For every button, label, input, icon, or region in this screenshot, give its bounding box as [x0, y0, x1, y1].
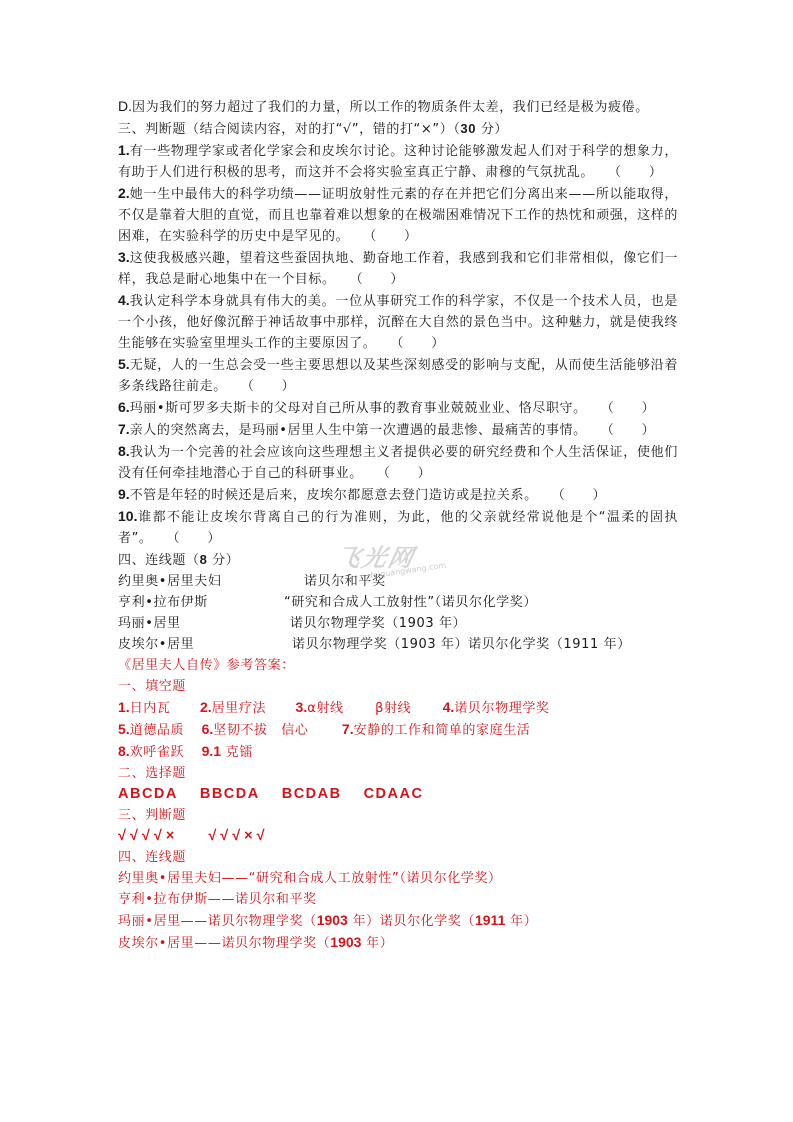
judgement-item-4: 4.我认定科学本身就具有伟大的美。一位从事研究工作的科学家，不仅是一个技术人员，…	[118, 290, 678, 354]
answer-blank[interactable]: （ ）	[167, 528, 221, 549]
answers-choice-title: 二、选择题	[118, 763, 678, 784]
judgement-item-5: 5.无疑，人的一生总会受一些主要思想以及某些深刻感受的影响与支配，从而使生活能够…	[118, 354, 678, 397]
answers-fill-line-3: 8.欢呼雀跃 9.1 克镭	[118, 741, 678, 763]
matching-left[interactable]: 约里奥•居里夫妇	[118, 571, 290, 592]
answer-blank[interactable]: （ ）	[350, 269, 404, 290]
answers-judgement-values: √√√√×√√√×√	[118, 826, 678, 847]
answers-matching-line-4: 皮埃尔•居里——诺贝尔物理学奖（1903 年）	[118, 932, 678, 954]
answer-blank[interactable]: （ ）	[608, 162, 662, 183]
matching-left[interactable]: 亨利•拉布伊斯	[118, 592, 290, 613]
matching-right[interactable]: 诺贝尔和平奖	[304, 571, 386, 592]
answers-matching-line-1: 约里奥•居里夫妇——“研究和合成人工放射性”（诺贝尔化学奖）	[118, 868, 678, 889]
answer-blank[interactable]: （ ）	[377, 463, 431, 484]
judgement-item-9: 9.不管是年轻的时候还是后来，皮埃尔都愿意去登门造访或是拉关系。（ ）	[118, 484, 678, 506]
option-d: D.因为我们的努力超过了我们的力量，所以工作的物质条件太差，我们已经是极为疲倦。	[118, 96, 678, 118]
answers-fill-line-2: 5.道德品质 6.坚韧不拔 信心 7.安静的工作和简单的家庭生活	[118, 719, 678, 741]
answer-blank[interactable]: （ ）	[601, 398, 655, 419]
judgement-item-8: 8.我认为一个完善的社会应该向这些理想主义者提供必要的研究经费和个人生活保证，使…	[118, 441, 678, 484]
matching-row-3: 玛丽•居里 诺贝尔物理学奖（1903 年）	[118, 613, 678, 634]
matching-right[interactable]: “研究和合成人工放射性”（诺贝尔化学奖）	[284, 592, 537, 613]
matching-row-4: 皮埃尔•居里 诺贝尔物理学奖（1903 年）诺贝尔化学奖（1911 年）	[118, 634, 678, 655]
answer-blank[interactable]: （ ）	[601, 420, 655, 441]
judgement-item-1: 1.有一些物理学家或者化学家会和皮埃尔讨论。这种讨论能够激发起人们对于科学的想象…	[118, 140, 678, 183]
answer-blank[interactable]: （ ）	[363, 226, 417, 247]
judgement-item-3: 3.这使我极感兴趣，望着这些蚕固执地、勤奋地工作着，我感到我和它们非常相似，像它…	[118, 247, 678, 290]
answers-matching-title: 四、连线题	[118, 847, 678, 868]
matching-left[interactable]: 玛丽•居里	[118, 613, 290, 634]
matching-row-2: 亨利•拉布伊斯 “研究和合成人工放射性”（诺贝尔化学奖）	[118, 592, 678, 613]
answers-fill-title: 一、填空题	[118, 676, 678, 697]
answers-judgement-title: 三、判断题	[118, 805, 678, 826]
answer-blank[interactable]: （ ）	[552, 485, 606, 506]
document-page: D.因为我们的努力超过了我们的力量，所以工作的物质条件太差，我们已经是极为疲倦。…	[118, 96, 678, 954]
section4-title: 四、连线题（8 分）	[118, 549, 678, 571]
section3-title: 三、判断题（结合阅读内容，对的打“√”，错的打“×”）（30 分）	[118, 118, 678, 140]
answers-fill-line-1: 1.日内瓦 2.居里疗法 3.α射线 β射线 4.诺贝尔物理学奖	[118, 697, 678, 719]
matching-left[interactable]: 皮埃尔•居里	[118, 634, 290, 655]
answer-blank[interactable]: （ ）	[241, 376, 295, 397]
matching-right[interactable]: 诺贝尔物理学奖（1903 年）诺贝尔化学奖（1911 年）	[292, 634, 631, 655]
answers-choice-values: ABCDABBCDABCDABCDAAC	[118, 784, 678, 805]
answer-blank[interactable]: （ ）	[390, 333, 444, 354]
judgement-item-2: 2.她一生中最伟大的科学功绩——证明放射性元素的存在并把它们分离出来——所以能取…	[118, 183, 678, 247]
judgement-item-10: 10.谁都不能让皮埃尔背离自己的行为准则，为此，他的父亲就经常说他是个“温柔的固…	[118, 506, 678, 549]
judgement-item-6: 6.玛丽•斯可罗多夫斯卡的父母对自己所从事的教育事业兢兢业业、恪尽职守。（ ）	[118, 397, 678, 419]
matching-right[interactable]: 诺贝尔物理学奖（1903 年）	[290, 613, 466, 634]
answers-title: 《居里夫人自传》参考答案：	[118, 655, 678, 676]
answers-matching-line-2: 亨利•拉布伊斯——诺贝尔和平奖	[118, 889, 678, 910]
answers-matching-line-3: 玛丽•居里——诺贝尔物理学奖（1903 年）诺贝尔化学奖（1911 年）	[118, 910, 678, 932]
judgement-item-7: 7.亲人的突然离去，是玛丽•居里人生中第一次遭遇的最悲惨、最痛苦的事情。（ ）	[118, 419, 678, 441]
matching-row-1: 约里奥•居里夫妇 诺贝尔和平奖	[118, 571, 678, 592]
